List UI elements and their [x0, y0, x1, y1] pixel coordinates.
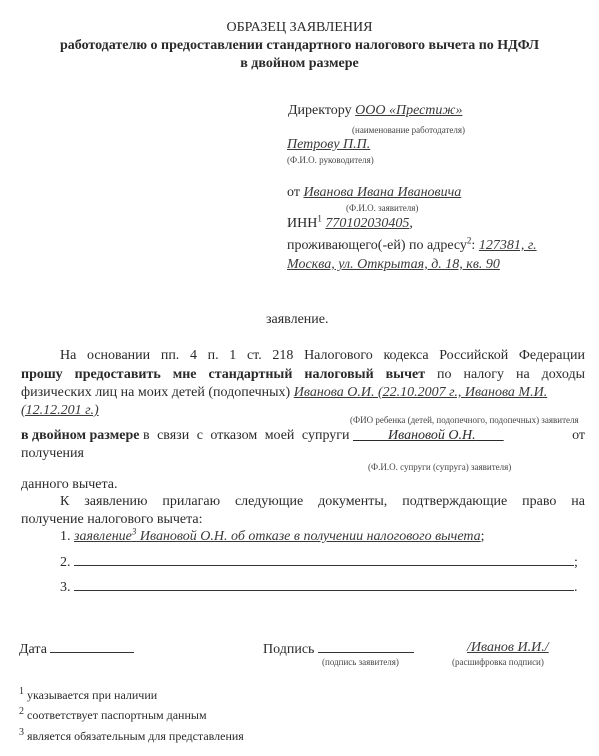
para1-line3: физических лиц на моих детей (подопечных… [21, 385, 547, 401]
footnote-text: указывается при наличии [27, 688, 157, 702]
address-line1: проживающего(-ей) по адресу2: 127381, г. [287, 238, 537, 254]
from-label: от [287, 185, 300, 200]
spouse-field[interactable]: Ивановой О.Н. [353, 428, 504, 443]
attachment-field-3[interactable] [74, 578, 574, 591]
signature-field[interactable] [318, 640, 414, 653]
footnote-2: 2 соответствует паспортным данным [19, 708, 207, 723]
children-caption: (ФИО ребенка (детей, подопечного, подопе… [350, 415, 579, 425]
inn-suffix: , [409, 216, 413, 231]
attachment-field-2[interactable] [74, 553, 574, 566]
head-field[interactable]: Петрову П.П. [287, 137, 370, 153]
sign-line: Подпись [263, 640, 414, 658]
footnote-1: 1 указывается при наличии [19, 688, 157, 703]
para1-line1: На основании пп. 4 п. 1 ст. 218 Налогово… [60, 348, 585, 364]
para2-rest: в связи с отказом моей супруги [143, 428, 350, 443]
para1-line2-rest: по налогу на доходы [437, 367, 585, 382]
para3-line2: получение налогового вычета: [21, 512, 203, 528]
para2-end: от [572, 428, 585, 444]
document-subtitle-line2: в двойном размере [0, 56, 599, 72]
attachment-end: ; [574, 555, 578, 570]
address-colon: : [471, 238, 475, 253]
inn-line: ИНН1 770102030405, [287, 216, 413, 232]
document-title: ОБРАЗЕЦ ЗАЯВЛЕНИЯ [0, 20, 599, 36]
footnote-text: является обязательным для представления [27, 729, 244, 743]
document-subtitle-line1: работодателю о предоставлении стандартно… [0, 38, 599, 54]
children-field[interactable]: Иванова О.И. (22.10.2007 г., Иванова М.И… [294, 385, 547, 400]
spouse-caption: (Ф.И.О. супруги (супруга) заявителя) [368, 462, 511, 472]
footnote-mark: 2 [19, 706, 24, 717]
inn-field[interactable]: 770102030405 [325, 216, 409, 231]
para2-line2: получения [21, 446, 84, 462]
head-caption: (Ф.И.О. руководителя) [287, 155, 374, 165]
attachment-number: 1. [60, 529, 71, 544]
request-bold: прошу предоставить мне стандартный налог… [21, 367, 425, 382]
footnote-mark: 1 [19, 686, 24, 697]
footnote-mark: 3 [19, 727, 24, 738]
address-field-line2[interactable]: Москва, ул. Открытая, д. 18, кв. 90 [287, 257, 500, 273]
applicant-caption: (Ф.И.О. заявителя) [346, 203, 418, 213]
footnote-3: 3 является обязательным для представлени… [19, 729, 244, 744]
footnote-text: соответствует паспортным данным [27, 708, 207, 722]
employer-caption: (наименование работодателя) [352, 125, 465, 135]
para3-line1: К заявлению прилагаю следующие документы… [60, 494, 585, 510]
para2-line3: данного вычета. [21, 477, 118, 493]
para1-line3-plain: физических лиц на моих детей (подопечных… [21, 385, 290, 400]
date-field[interactable] [50, 640, 134, 653]
address-label: проживающего(-ей) по адресу [287, 238, 467, 253]
attachment-item-1: 1. заявление3 Ивановой О.Н. об отказе в … [60, 529, 485, 545]
attachment-number: 2. [60, 555, 71, 570]
date-label: Дата [19, 642, 47, 657]
address-field-line1[interactable]: 127381, г. [479, 238, 537, 253]
date-line: Дата [19, 640, 134, 658]
decode-field[interactable]: /Иванов И.И./ [467, 640, 549, 656]
attachment-number: 3. [60, 580, 71, 595]
sign-label: Подпись [263, 642, 314, 657]
applicant-field[interactable]: Иванова Ивана Ивановича [303, 185, 461, 200]
attachment-item-2: 2. ; [60, 553, 578, 571]
director-label: Директору [288, 103, 352, 118]
decode-caption: (расшифровка подписи) [452, 657, 544, 667]
statement-word: заявление. [266, 312, 329, 328]
employer-field[interactable]: ООО «Престиж» [355, 103, 462, 118]
addressee-director-line: Директору ООО «Престиж» [288, 103, 462, 119]
children-field-cont[interactable]: (12.12.201 г.) [21, 403, 99, 419]
para1-line2: прошу предоставить мне стандартный налог… [21, 367, 585, 383]
sign-caption: (подпись заявителя) [322, 657, 399, 667]
applicant-line: от Иванова Ивана Ивановича [287, 185, 461, 201]
para2-line1: в двойном размере в связи с отказом моей… [21, 428, 585, 444]
inn-label: ИНН [287, 216, 317, 231]
attachment-item-3: 3. . [60, 578, 578, 596]
attachment-end: . [574, 580, 578, 595]
attachment-end: ; [481, 529, 485, 544]
attachment-field-1[interactable]: заявление3 Ивановой О.Н. об отказе в пол… [74, 529, 481, 544]
double-size-bold: в двойном размере [21, 428, 139, 443]
inn-footnote-mark: 1 [317, 213, 322, 223]
